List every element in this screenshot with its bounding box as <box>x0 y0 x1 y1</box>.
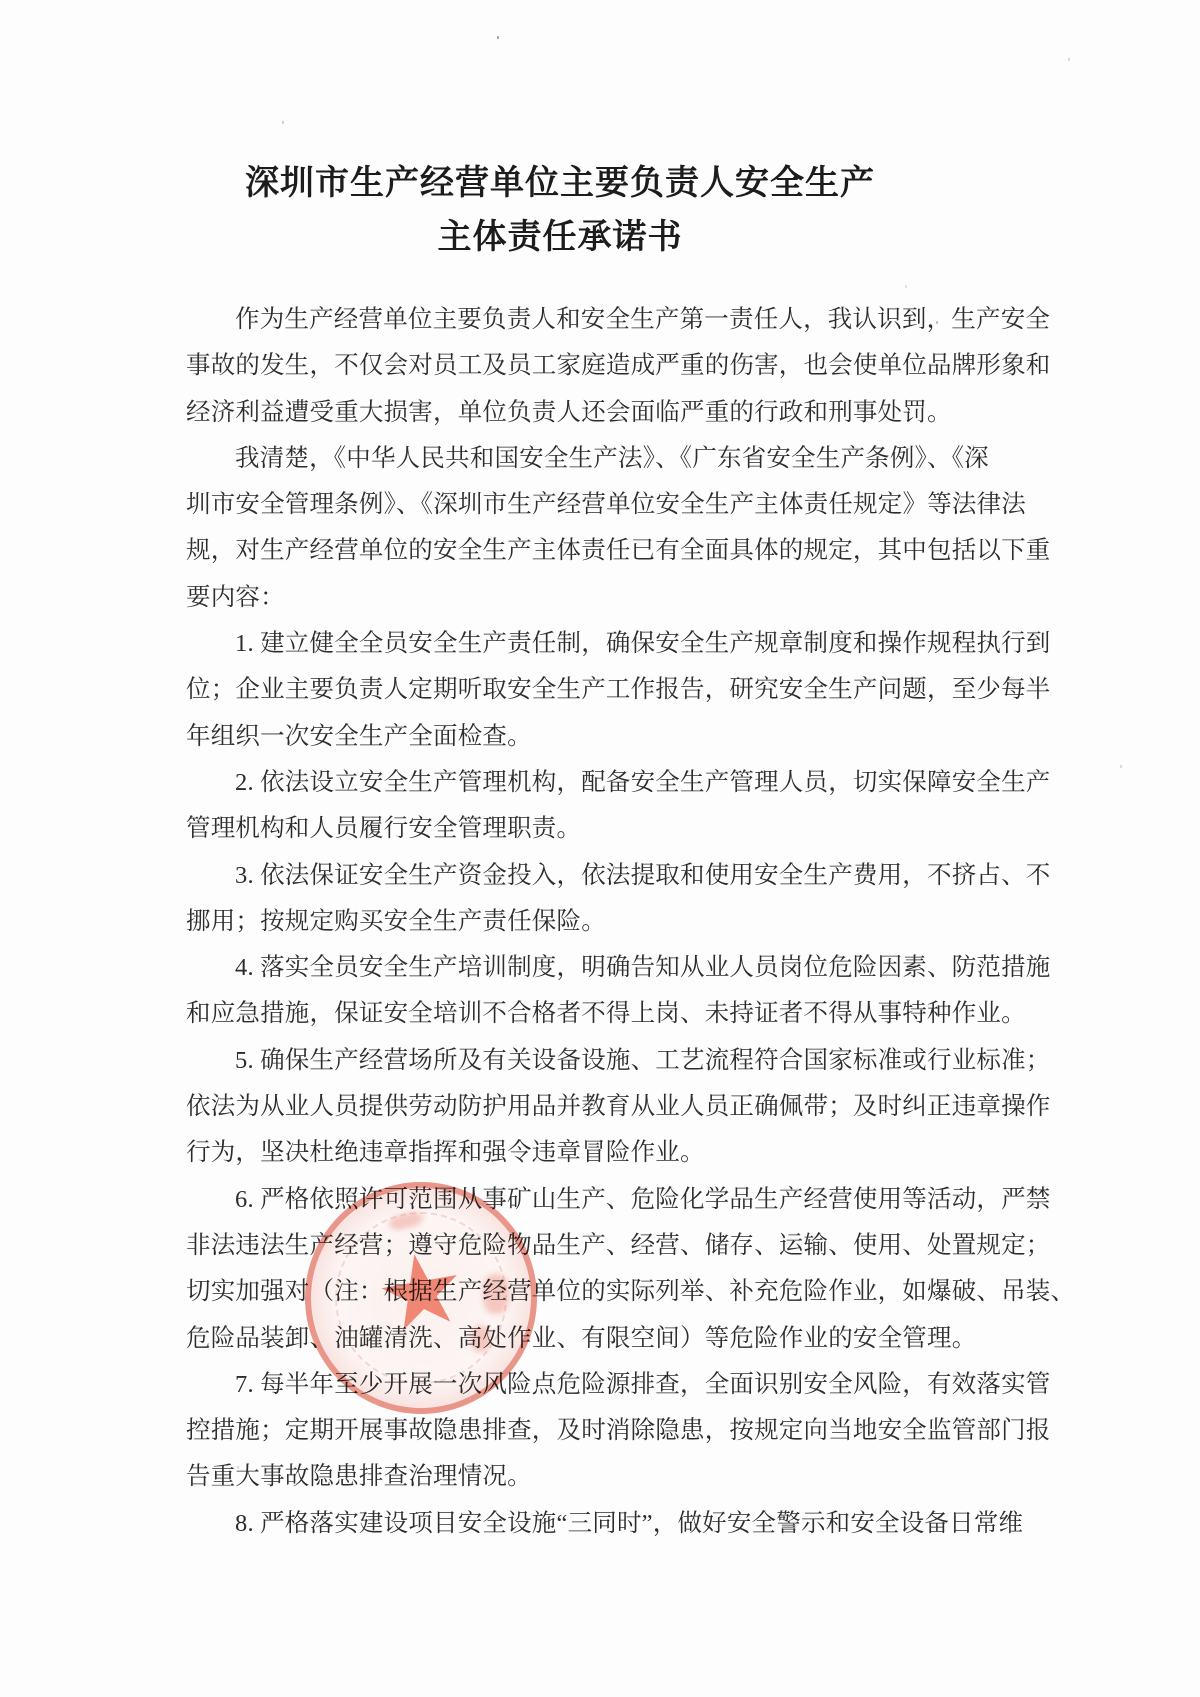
document-line: 3. 依法保证安全生产资金投入，依法提取和使用安全生产费用，不挤占、不 <box>186 853 1086 899</box>
document-line: 作为生产经营单位主要负责人和安全生产第一责任人，我认识到，生产安全 <box>186 297 1086 343</box>
document-line: 我清楚，《中华人民共和国安全生产法》、《广东省安全生产条例》、《深 <box>186 436 1086 482</box>
document-line: 控措施；定期开展事故隐患排查，及时消除隐患，按规定向当地安全监管部门报 <box>186 1408 1086 1454</box>
document-line: 8. 严格落实建设项目安全设施“三同时”，做好安全警示和安全设备日常维 <box>186 1501 1086 1547</box>
document-line: 危险品装卸、油罐清洗、高处作业、有限空间）等危险作业的安全管理。 <box>186 1316 1086 1362</box>
document-line: 切实加强对（注：根据生产经营单位的实际列举、补充危险作业，如爆破、吊装、 <box>186 1269 1086 1315</box>
document-line: 依法为从业人员提供劳动防护用品并教育从业人员正确佩带；及时纠正违章操作 <box>186 1084 1086 1130</box>
document-line: 7. 每半年至少开展一次风险点危险源排查，全面识别安全风险，有效落实管 <box>186 1362 1086 1408</box>
title-line-1: 深圳市生产经营单位主要负责人安全生产 <box>0 157 1120 211</box>
document-line: 5. 确保生产经营场所及有关设备设施、工艺流程符合国家标准或行业标准； <box>186 1038 1086 1084</box>
document-title: 深圳市生产经营单位主要负责人安全生产 主体责任承诺书 <box>0 157 1120 265</box>
document-line: 事故的发生，不仅会对员工及员工家庭造成严重的伤害，也会使单位品牌形象和 <box>186 343 1086 389</box>
document-line: 位；企业主要负责人定期听取安全生产工作报告，研究安全生产问题，至少每半 <box>186 667 1086 713</box>
document-line: 4. 落实全员安全生产培训制度，明确告知从业人员岗位危险因素、防范措施 <box>186 945 1086 991</box>
document-line: 行为，坚决杜绝违章指挥和强令违章冒险作业。 <box>186 1130 1086 1176</box>
document-line: 非法违法生产经营；遵守危险物品生产、经营、储存、运输、使用、处置规定； <box>186 1223 1086 1269</box>
document-line: 6. 严格依照许可范围从事矿山生产、危险化学品生产经营使用等活动，严禁 <box>186 1177 1086 1223</box>
document-line: 规，对生产经营单位的安全生产主体责任已有全面具体的规定，其中包括以下重 <box>186 528 1086 574</box>
document-line: 2. 依法设立安全生产管理机构，配备安全生产管理人员，切实保障安全生产 <box>186 760 1086 806</box>
document-body: 作为生产经营单位主要负责人和安全生产第一责任人，我认识到，生产安全事故的发生，不… <box>186 297 1086 1547</box>
document-line: 挪用；按规定购买安全生产责任保险。 <box>186 899 1086 945</box>
document-line: 管理机构和人员履行安全管理职责。 <box>186 806 1086 852</box>
document-line: 要内容： <box>186 575 1086 621</box>
title-line-2: 主体责任承诺书 <box>0 211 1120 265</box>
scan-noise-speck <box>497 36 499 39</box>
document-line: 经济利益遭受重大损害，单位负责人还会面临严重的行政和刑事处罚。 <box>186 390 1086 436</box>
document-line: 圳市安全管理条例》、《深圳市生产经营单位安全生产主体责任规定》等法律法 <box>186 482 1086 528</box>
document-line: 1. 建立健全全员安全生产责任制，确保安全生产规章制度和操作规程执行到 <box>186 621 1086 667</box>
document-line: 告重大事故隐患排查治理情况。 <box>186 1454 1086 1500</box>
scanned-document-page: 深圳市生产经营单位主要负责人安全生产 主体责任承诺书 作为生产经营单位主要负责人… <box>0 0 1200 1697</box>
document-line: 年组织一次安全生产全面检查。 <box>186 714 1086 760</box>
document-line: 和应急措施，保证安全培训不合格者不得上岗、未持证者不得从事特种作业。 <box>186 991 1086 1037</box>
